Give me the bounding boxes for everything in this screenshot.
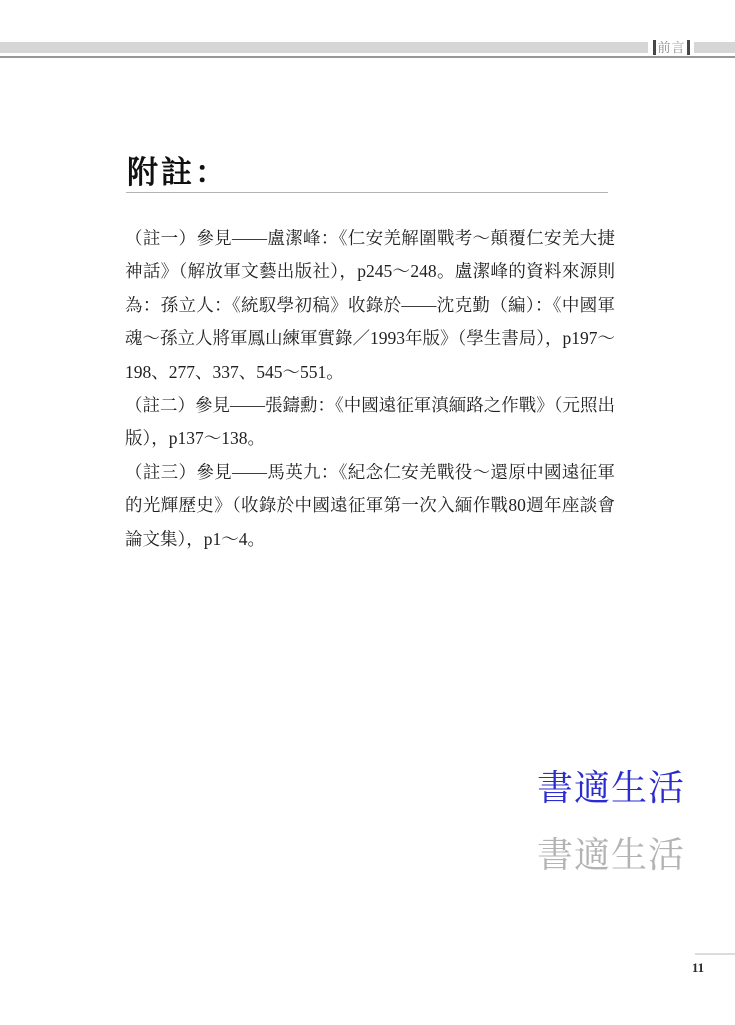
- title-underline: [126, 192, 608, 193]
- header-divider-bar: [653, 40, 656, 55]
- chapter-label: 前言: [657, 41, 686, 55]
- watermark-link[interactable]: 書適生活: [537, 760, 685, 811]
- page-number: 11: [686, 960, 710, 976]
- footnote-1: （註一）參見——盧潔峰：《仁安羌解圍戰考～顛覆仁安羌大捷神話》（解放軍文藝出版社…: [125, 222, 615, 389]
- footnotes-block: （註一）參見——盧潔峰：《仁安羌解圍戰考～顛覆仁安羌大捷神話》（解放軍文藝出版社…: [125, 222, 615, 556]
- book-page: 前言 附註： （註一）參見——盧潔峰：《仁安羌解圍戰考～顛覆仁安羌大捷神話》（解…: [0, 0, 735, 1025]
- watermark-shadow: 書適生活: [537, 827, 685, 878]
- header-divider-bar: [687, 40, 690, 55]
- header-band-left: [0, 42, 648, 53]
- footer-rule: [695, 953, 735, 955]
- footnote-3: （註三）參見——馬英九：《紀念仁安羌戰役～還原中國遠征軍的光輝歷史》（收錄於中國…: [125, 456, 615, 556]
- page-title: 附註：: [127, 147, 229, 192]
- footnote-2: （註二）參見——張鑄勳：《中國遠征軍滇緬路之作戰》（元照出版），p137～138…: [125, 389, 615, 456]
- header-band-right: [694, 42, 735, 53]
- header-rule: [0, 56, 735, 58]
